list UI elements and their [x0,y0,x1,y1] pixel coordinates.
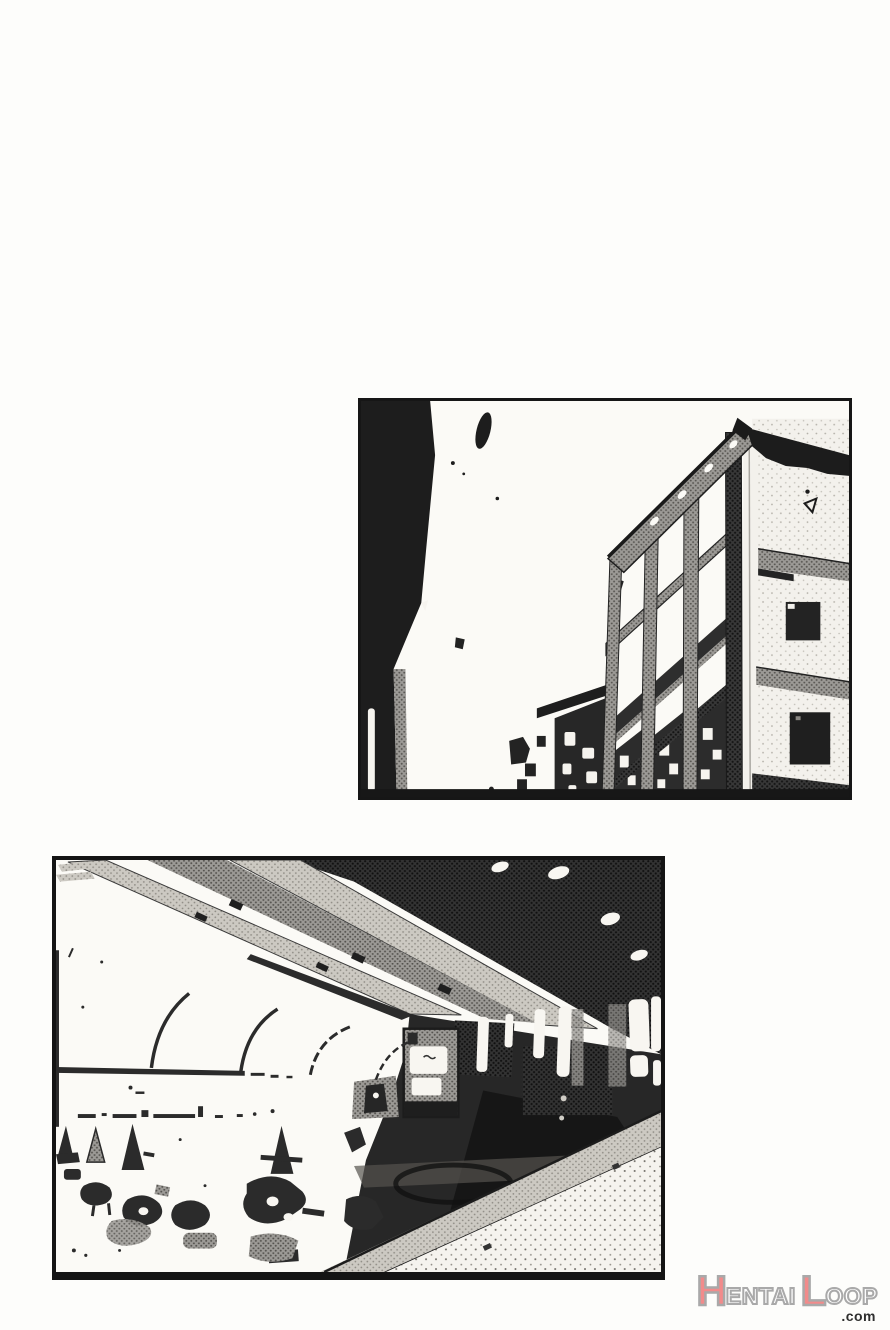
panel-indoor-hall [52,856,665,1280]
indoor-hall-art [56,860,661,1272]
watermark-initial-h: H [697,1274,726,1308]
watermark-rest-entai: ENTAI [726,1287,796,1308]
watermark-wordmark: HENTAI LOOP [700,1268,878,1308]
watermark-initial-l: L [801,1274,826,1308]
site-watermark-logo: HENTAI LOOP .com [700,1268,878,1320]
panel-building-exterior [358,398,852,800]
building-exterior-art [361,401,849,797]
watermark-rest-oop: OOP [825,1287,878,1308]
ground-line [361,789,849,797]
manga-page: HENTAI LOOP .com [0,0,890,1330]
watermark-dotcom: .com [841,1308,876,1324]
